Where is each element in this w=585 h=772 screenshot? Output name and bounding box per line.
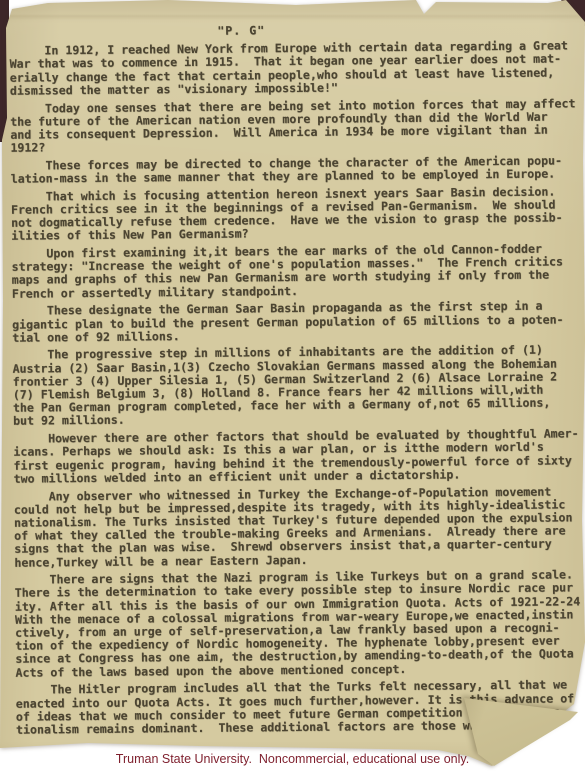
folded-corner-wrap	[0, 0, 585, 772]
scanned-document-image: "P. G" In 1912, I reached New York from …	[0, 0, 585, 772]
folded-corner	[452, 658, 585, 772]
